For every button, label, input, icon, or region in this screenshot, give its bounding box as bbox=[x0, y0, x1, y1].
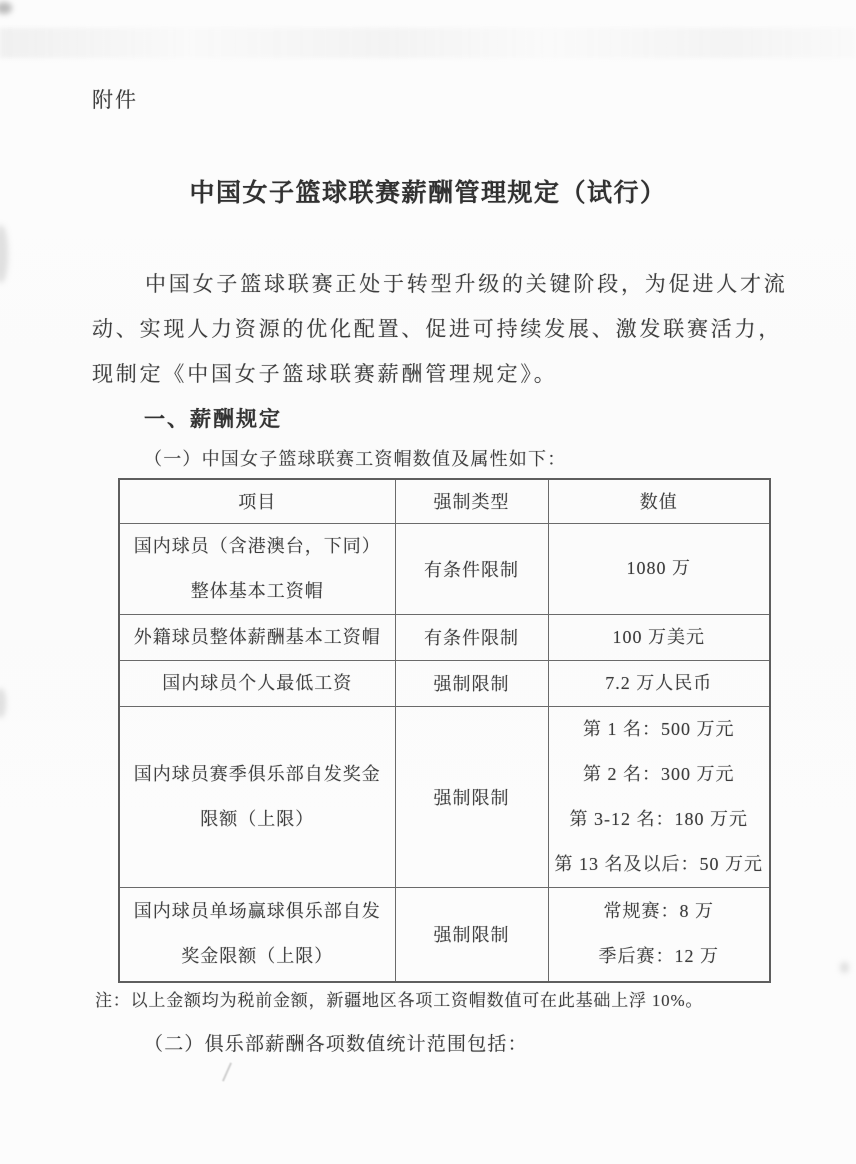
attachment-label: 附件 bbox=[92, 84, 138, 114]
scan-artifact bbox=[0, 2, 12, 14]
type-cell: 有条件限制 bbox=[395, 523, 548, 614]
document-page: 附件 中国女子篮球联赛薪酬管理规定（试行） 中国女子篮球联赛正处于转型升级的关键… bbox=[0, 0, 856, 1164]
item-line: 限额（上限） bbox=[120, 797, 395, 842]
item-line: 国内球员（含港澳台，下同） bbox=[120, 524, 395, 569]
type-cell: 强制限制 bbox=[395, 706, 548, 887]
value-line: 7.2 万人民币 bbox=[549, 661, 770, 706]
table-header-row: 项目 强制类型 数值 bbox=[119, 479, 770, 523]
value-line: 第 1 名：500 万元 bbox=[549, 707, 770, 752]
value-cell: 1080 万 bbox=[548, 523, 770, 614]
section-1-heading: 一、薪酬规定 bbox=[144, 403, 282, 433]
value-cell: 常规赛：8 万 季后赛：12 万 bbox=[548, 887, 770, 982]
header-cell-item: 项目 bbox=[119, 479, 395, 523]
item-cell: 国内球员个人最低工资 bbox=[119, 660, 395, 706]
item-2-intro: （二）俱乐部薪酬各项数值统计范围包括： bbox=[144, 1029, 528, 1056]
item-cell: 外籍球员整体薪酬基本工资帽 bbox=[119, 614, 395, 660]
scan-artifact bbox=[840, 962, 849, 973]
item-line: 整体基本工资帽 bbox=[120, 569, 395, 614]
scan-artifact bbox=[0, 225, 8, 283]
value-line: 第 3-12 名：180 万元 bbox=[549, 797, 770, 842]
value-cell: 第 1 名：500 万元 第 2 名：300 万元 第 3-12 名：180 万… bbox=[548, 706, 770, 887]
scan-artifact bbox=[0, 688, 6, 718]
value-line: 1080 万 bbox=[549, 546, 770, 591]
intro-line: 现制定《中国女子篮球联赛薪酬管理规定》。 bbox=[92, 352, 804, 397]
table-note: 注：以上金额均为税前金额，新疆地区各项工资帽数值可在此基础上浮 10%。 bbox=[95, 986, 703, 1011]
header-cell-value: 数值 bbox=[548, 479, 770, 523]
type-cell: 强制限制 bbox=[395, 887, 548, 982]
salary-cap-table: 项目 强制类型 数值 国内球员（含港澳台，下同） 整体基本工资帽 有条件限制 1… bbox=[118, 478, 771, 983]
value-cell: 100 万美元 bbox=[548, 614, 770, 660]
type-cell: 有条件限制 bbox=[395, 614, 548, 660]
table-row: 国内球员个人最低工资 强制限制 7.2 万人民币 bbox=[119, 660, 770, 706]
intro-line: 中国女子篮球联赛正处于转型升级的关键阶段，为促进人才流 bbox=[92, 262, 804, 307]
item-cell: 国内球员（含港澳台，下同） 整体基本工资帽 bbox=[119, 523, 395, 614]
item-line: 国内球员单场赢球俱乐部自发 bbox=[120, 889, 395, 934]
item-1-intro: （一）中国女子篮球联赛工资帽数值及属性如下： bbox=[144, 445, 566, 471]
value-line: 第 2 名：300 万元 bbox=[549, 752, 770, 797]
item-line: 外籍球员整体薪酬基本工资帽 bbox=[120, 615, 395, 660]
scan-artifact bbox=[222, 1062, 232, 1081]
item-line: 奖金限额（上限） bbox=[120, 934, 395, 979]
table-row: 国内球员单场赢球俱乐部自发 奖金限额（上限） 强制限制 常规赛：8 万 季后赛：… bbox=[119, 887, 770, 982]
value-line: 第 13 名及以后：50 万元 bbox=[549, 842, 770, 887]
value-line: 100 万美元 bbox=[549, 615, 770, 660]
item-line: 国内球员个人最低工资 bbox=[120, 661, 395, 706]
type-cell: 强制限制 bbox=[395, 660, 548, 706]
value-cell: 7.2 万人民币 bbox=[548, 660, 770, 706]
item-cell: 国内球员赛季俱乐部自发奖金 限额（上限） bbox=[119, 706, 395, 887]
value-line: 常规赛：8 万 bbox=[549, 889, 770, 934]
table-row: 国内球员（含港澳台，下同） 整体基本工资帽 有条件限制 1080 万 bbox=[119, 523, 770, 614]
document-title: 中国女子篮球联赛薪酬管理规定（试行） bbox=[0, 173, 856, 209]
value-line: 季后赛：12 万 bbox=[549, 934, 770, 979]
intro-paragraph: 中国女子篮球联赛正处于转型升级的关键阶段，为促进人才流 动、实现人力资源的优化配… bbox=[92, 262, 804, 397]
header-cell-type: 强制类型 bbox=[395, 479, 548, 523]
intro-line: 动、实现人力资源的优化配置、促进可持续发展、激发联赛活力， bbox=[92, 307, 804, 352]
item-line: 国内球员赛季俱乐部自发奖金 bbox=[120, 752, 395, 797]
item-cell: 国内球员单场赢球俱乐部自发 奖金限额（上限） bbox=[119, 887, 395, 982]
scan-artifact bbox=[0, 28, 856, 58]
table-row: 外籍球员整体薪酬基本工资帽 有条件限制 100 万美元 bbox=[119, 614, 770, 660]
table-row: 国内球员赛季俱乐部自发奖金 限额（上限） 强制限制 第 1 名：500 万元 第… bbox=[119, 706, 770, 887]
